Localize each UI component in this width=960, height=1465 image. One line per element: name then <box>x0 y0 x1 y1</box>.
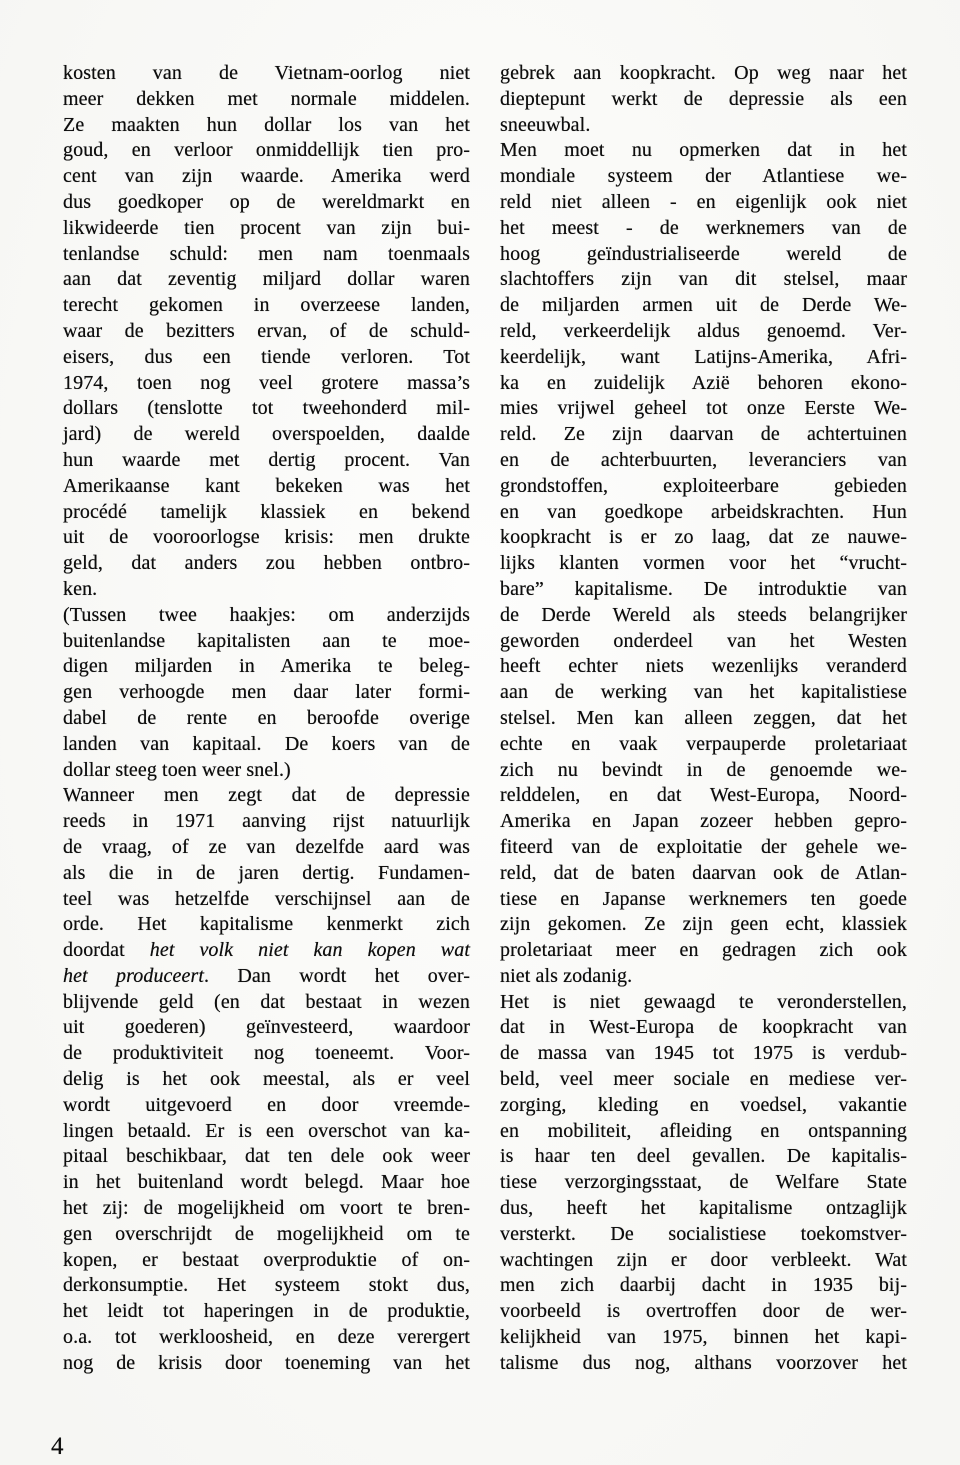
text-segment: likwideerde tien procent van zijn bui- <box>63 217 470 239</box>
text-segment: geworden onderdeel van het Westen <box>500 630 907 652</box>
text-line: dieptepunt werkt de depressie als een <box>500 87 907 113</box>
text-segment: de vraag, of ze van dezelfde aard was <box>63 836 470 858</box>
text-line: o.a. tot werkloosheid, en deze verergert <box>63 1325 470 1351</box>
text-segment: wachtingen zijn er door verbleekt. Wat <box>500 1249 907 1271</box>
text-segment: uit goederen) geïnvesteerd, waardoor <box>63 1016 470 1038</box>
text-segment: bare” kapitalisme. De introduktie van <box>500 578 907 600</box>
text-line: ken. <box>63 577 470 603</box>
text-line: (Tussen twee haakjes: om anderzijds <box>63 603 470 629</box>
italic-text-segment: het volk niet kan kopen wat <box>150 939 470 961</box>
text-line: mies vrijwel geheel tot onze Eerste We- <box>500 396 907 422</box>
text-line: men zich daarbij dacht in 1935 bij- <box>500 1273 907 1299</box>
text-segment: gen overschrijdt de mogelijkheid om te <box>63 1223 470 1245</box>
text-segment: in het buitenland wordt belegd. Maar hoe <box>63 1171 470 1193</box>
column-left: kosten van de Vietnam-oorlog nietmeer de… <box>63 61 470 1377</box>
text-segment: Ze maakten hun dollar los van het <box>63 114 470 136</box>
text-line: bare” kapitalisme. De introduktie van <box>500 577 907 603</box>
text-segment: dus, heeft het kapitalisme ontzaglijk <box>500 1197 907 1219</box>
text-segment: reld. Ze zijn daarvan de achtertuinen <box>500 423 907 445</box>
text-line: zijn gekomen. Ze zijn geen echt, klassie… <box>500 912 907 938</box>
text-segment: koopkracht is er zo laag, dat ze nauwe- <box>500 526 907 548</box>
text-segment: men zich daarbij dacht in 1935 bij- <box>500 1274 907 1296</box>
text-segment: aan de werking van het kapitalistiese <box>500 681 907 703</box>
text-segment: gebrek aan koopkracht. Op weg naar het <box>500 62 907 84</box>
text-segment: teel was hetzelfde verschijnsel aan de <box>63 888 470 910</box>
text-segment: reld niet alleen - en eigenlijk ook niet <box>500 191 907 213</box>
text-segment: (Tussen twee haakjes: om anderzijds <box>63 604 470 626</box>
text-segment: zorging, kleding en voedsel, vakantie <box>500 1094 907 1116</box>
text-segment: kelijkheid van 1975, binnen het kapi- <box>500 1326 907 1348</box>
text-segment: Amerika en Japan zozeer hebben gepro- <box>500 810 907 832</box>
text-line: procédé tamelijk klassiek en bekend <box>63 500 470 526</box>
text-line: goud, en verloor onmiddellijk tien pro- <box>63 138 470 164</box>
text-segment: sneeuwbal. <box>500 114 590 136</box>
text-line: ka en zuidelijk Azië behoren ekono- <box>500 371 907 397</box>
text-segment: relddelen, en dat West-Europa, Noord- <box>500 784 907 806</box>
text-segment: heeft echter niets wezenlijks veranderd <box>500 655 907 677</box>
text-line: het zij: de mogelijkheid om voort te bre… <box>63 1196 470 1222</box>
text-segment: jard) de wereld overspoelden, daalde <box>63 423 470 445</box>
text-line: en mobiliteit, afleiding en ontspanning <box>500 1119 907 1145</box>
text-line: is haar ten deel gevallen. De kapitalis- <box>500 1144 907 1170</box>
text-line: stelsel. Men kan alleen zeggen, dat het <box>500 706 907 732</box>
text-line: dat in West-Europa de koopkracht van <box>500 1015 907 1041</box>
italic-text-segment: het produceert <box>63 965 204 987</box>
text-segment: en van goedkope arbeidskrachten. Hun <box>500 501 907 523</box>
text-segment: procédé tamelijk klassiek en bekend <box>63 501 470 523</box>
text-line: reeds in 1971 aanving rijst natuurlijk <box>63 809 470 835</box>
text-segment: mies vrijwel geheel tot onze Eerste We- <box>500 397 907 419</box>
text-segment: eisers, dus een tiende verloren. Tot <box>63 346 470 368</box>
text-line: geld, dat anders zou hebben ontbro- <box>63 551 470 577</box>
text-line: de massa van 1945 tot 1975 is verdub- <box>500 1041 907 1067</box>
text-segment: is haar ten deel gevallen. De kapitalis- <box>500 1145 907 1167</box>
text-line: het leidt tot haperingen in de produktie… <box>63 1299 470 1325</box>
text-segment: cent van zijn waarde. Amerika werd <box>63 165 470 187</box>
text-line: cent van zijn waarde. Amerika werd <box>63 164 470 190</box>
text-line: grondstoffen, exploiteerbare gebieden <box>500 474 907 500</box>
text-segment: ken. <box>63 578 97 600</box>
text-segment: waar de bezitters ervan, of de schuld- <box>63 320 470 342</box>
text-line: derkonsumptie. Het systeem stokt dus, <box>63 1273 470 1299</box>
text-line: de vraag, of ze van dezelfde aard was <box>63 835 470 861</box>
text-line: relddelen, en dat West-Europa, Noord- <box>500 783 907 809</box>
text-segment: tiese verzorgingsstaat, de Welfare State <box>500 1171 907 1193</box>
text-segment: kosten van de Vietnam-oorlog niet <box>63 62 470 84</box>
text-line: talisme dus nog, althans voorzover het <box>500 1351 907 1377</box>
text-line: beld, veel meer sociale en mediese ver- <box>500 1067 907 1093</box>
text-line: tenlandse schuld: men nam toenmaals <box>63 242 470 268</box>
column-right: gebrek aan koopkracht. Op weg naar hetdi… <box>500 61 907 1377</box>
text-line: gen overschrijdt de mogelijkheid om te <box>63 1222 470 1248</box>
text-segment: fiteerd van de exploitatie der gehele we… <box>500 836 907 858</box>
text-segment: talisme dus nog, althans voorzover het <box>500 1352 907 1374</box>
text-line: eisers, dus een tiende verloren. Tot <box>63 345 470 371</box>
text-line: likwideerde tien procent van zijn bui- <box>63 216 470 242</box>
text-segment: digen miljarden in Amerika te beleg- <box>63 655 470 677</box>
text-segment: mondiale systeem der Atlantiese we- <box>500 165 907 187</box>
text-segment: beld, veel meer sociale en mediese ver- <box>500 1068 907 1090</box>
text-segment: grondstoffen, exploiteerbare gebieden <box>500 475 907 497</box>
text-line: versterkt. De socialistiese toekomstver- <box>500 1222 907 1248</box>
text-line: gebrek aan koopkracht. Op weg naar het <box>500 61 907 87</box>
text-line: Men moet nu opmerken dat in het <box>500 138 907 164</box>
text-segment: pitaal beschikbaar, dat ten dele ook wee… <box>63 1145 470 1167</box>
text-line: Amerika en Japan zozeer hebben gepro- <box>500 809 907 835</box>
text-line: het produceert. Dan wordt het over- <box>63 964 470 990</box>
text-line: hoog geïndustrialiseerde wereld de <box>500 242 907 268</box>
text-segment: en de achterbuurten, leveranciers van <box>500 449 907 471</box>
text-line: kelijkheid van 1975, binnen het kapi- <box>500 1325 907 1351</box>
text-line: pitaal beschikbaar, dat ten dele ook wee… <box>63 1144 470 1170</box>
text-line: delig is het ook meestal, als er veel <box>63 1067 470 1093</box>
text-line: uit de vooroorlogse krisis: men drukte <box>63 525 470 551</box>
text-line: fiteerd van de exploitatie der gehele we… <box>500 835 907 861</box>
text-segment: echte en vaak verpauperde proletariaat <box>500 733 907 755</box>
text-segment: tenlandse schuld: men nam toenmaals <box>63 243 470 265</box>
text-line: kosten van de Vietnam-oorlog niet <box>63 61 470 87</box>
text-segment: Het is niet gewaagd te veronderstellen, <box>500 991 907 1013</box>
text-line: heeft echter niets wezenlijks veranderd <box>500 654 907 680</box>
text-segment: de miljarden armen uit de Derde We- <box>500 294 907 316</box>
text-line: 1974, toen nog veel grotere massa’s <box>63 371 470 397</box>
text-segment: uit de vooroorlogse krisis: men drukte <box>63 526 470 548</box>
text-segment: voorbeeld is overtroffen door de wer- <box>500 1300 907 1322</box>
text-line: dus, heeft het kapitalisme ontzaglijk <box>500 1196 907 1222</box>
text-line: aan dat zeventig miljard dollar waren <box>63 267 470 293</box>
text-segment: meer dekken met normale middelen. <box>63 88 470 110</box>
text-segment: terecht gekomen in overzeese landen, <box>63 294 470 316</box>
text-line: digen miljarden in Amerika te beleg- <box>63 654 470 680</box>
text-line: lingen betaald. Er is een overschot van … <box>63 1119 470 1145</box>
text-line: nog de krisis door toeneming van het <box>63 1351 470 1377</box>
text-segment: als die in de jaren dertig. Fundamen- <box>63 862 470 884</box>
text-line: zorging, kleding en voedsel, vakantie <box>500 1093 907 1119</box>
text-segment: versterkt. De socialistiese toekomstver- <box>500 1223 907 1245</box>
text-segment: dus goedkoper op de wereldmarkt en <box>63 191 470 213</box>
text-segment: stelsel. Men kan alleen zeggen, dat het <box>500 707 907 729</box>
text-line: wordt uitgevoerd en door vreemde- <box>63 1093 470 1119</box>
text-segment: blijvende geld (en dat bestaat in wezen <box>63 991 470 1013</box>
text-line: als die in de jaren dertig. Fundamen- <box>63 861 470 887</box>
text-line: hun waarde met dertig procent. Van <box>63 448 470 474</box>
text-segment: wordt uitgevoerd en door vreemde- <box>63 1094 470 1116</box>
text-line: keerdelijk, want Latijns-Amerika, Afri- <box>500 345 907 371</box>
text-segment: delig is het ook meestal, als er veel <box>63 1068 470 1090</box>
text-segment: Wanneer men zegt dat de depressie <box>63 784 470 806</box>
text-line: Amerikaanse kant bekeken was het <box>63 474 470 500</box>
text-segment: kopen, er bestaat overproduktie of on- <box>63 1249 470 1271</box>
text-segment: Amerikaanse kant bekeken was het <box>63 475 470 497</box>
text-segment: 1974, toen nog veel grotere massa’s <box>63 372 470 394</box>
text-line: Het is niet gewaagd te veronderstellen, <box>500 990 907 1016</box>
text-segment: geld, dat anders zou hebben ontbro- <box>63 552 470 574</box>
text-line: niet als zodanig. <box>500 964 907 990</box>
text-line: reld, verkeerdelijk aldus genoemd. Ver- <box>500 319 907 345</box>
text-line: geworden onderdeel van het Westen <box>500 629 907 655</box>
text-segment: ka en zuidelijk Azië behoren ekono- <box>500 372 907 394</box>
text-segment: reld, dat de baten daarvan ook de Atlan- <box>500 862 907 884</box>
text-segment: keerdelijk, want Latijns-Amerika, Afri- <box>500 346 907 368</box>
text-line: reld, dat de baten daarvan ook de Atlan- <box>500 861 907 887</box>
text-line: de miljarden armen uit de Derde We- <box>500 293 907 319</box>
text-segment: het leidt tot haperingen in de produktie… <box>63 1300 470 1322</box>
text-line: waar de bezitters ervan, of de schuld- <box>63 319 470 345</box>
text-segment: zijn gekomen. Ze zijn geen echt, klassie… <box>500 913 907 935</box>
text-segment: dieptepunt werkt de depressie als een <box>500 88 907 110</box>
text-line: dollar steeg toen weer snel.) <box>63 758 470 784</box>
text-line: terecht gekomen in overzeese landen, <box>63 293 470 319</box>
page-number: 4 <box>51 1434 64 1459</box>
text-line: koopkracht is er zo laag, dat ze nauwe- <box>500 525 907 551</box>
text-line: blijvende geld (en dat bestaat in wezen <box>63 990 470 1016</box>
text-line: de Derde Wereld als steeds belangrijker <box>500 603 907 629</box>
text-line: kopen, er bestaat overproduktie of on- <box>63 1248 470 1274</box>
text-line: tiese en Japanse werknemers ten goede <box>500 887 907 913</box>
text-line: uit goederen) geïnvesteerd, waardoor <box>63 1015 470 1041</box>
text-line: en van goedkope arbeidskrachten. Hun <box>500 500 907 526</box>
text-line: meer dekken met normale middelen. <box>63 87 470 113</box>
text-line: dus goedkoper op de wereldmarkt en <box>63 190 470 216</box>
text-segment: gen verhoogde men daar later formi- <box>63 681 470 703</box>
text-segment: de massa van 1945 tot 1975 is verdub- <box>500 1042 907 1064</box>
text-segment: dollar steeg toen weer snel.) <box>63 759 291 781</box>
text-segment: reeds in 1971 aanving rijst natuurlijk <box>63 810 470 832</box>
text-line: tiese verzorgingsstaat, de Welfare State <box>500 1170 907 1196</box>
text-line: landen van kapitaal. De koers van de <box>63 732 470 758</box>
text-line: gen verhoogde men daar later formi- <box>63 680 470 706</box>
text-segment: dabel de rente en beroofde overige <box>63 707 470 729</box>
text-line: en de achterbuurten, leveranciers van <box>500 448 907 474</box>
text-segment: doordat <box>63 939 150 961</box>
text-segment: en mobiliteit, afleiding en ontspanning <box>500 1120 907 1142</box>
text-segment: aan dat zeventig miljard dollar waren <box>63 268 470 290</box>
text-line: buitenlandse kapitalisten aan te moe- <box>63 629 470 655</box>
text-line: doordat het volk niet kan kopen wat <box>63 938 470 964</box>
text-segment: lijks klanten vormen voor het “vrucht- <box>500 552 907 574</box>
text-line: de produktiviteit nog toeneemt. Voor- <box>63 1041 470 1067</box>
text-line: jard) de wereld overspoelden, daalde <box>63 422 470 448</box>
text-segment: tiese en Japanse werknemers ten goede <box>500 888 907 910</box>
text-line: mondiale systeem der Atlantiese we- <box>500 164 907 190</box>
text-segment: orde. Het kapitalisme kenmerkt zich <box>63 913 470 935</box>
book-page-scan: kosten van de Vietnam-oorlog nietmeer de… <box>0 0 960 1465</box>
text-line: Wanneer men zegt dat de depressie <box>63 783 470 809</box>
text-line: lijks klanten vormen voor het “vrucht- <box>500 551 907 577</box>
text-line: reld niet alleen - en eigenlijk ook niet <box>500 190 907 216</box>
text-line: dollars (tenslotte tot tweehonderd mil- <box>63 396 470 422</box>
text-segment: goud, en verloor onmiddellijk tien pro- <box>63 139 470 161</box>
text-segment: derkonsumptie. Het systeem stokt dus, <box>63 1274 470 1296</box>
text-segment: buitenlandse kapitalisten aan te moe- <box>63 630 470 652</box>
text-segment: . Dan wordt het over- <box>204 965 470 987</box>
text-line: zich nu bevindt in de genoemde we- <box>500 758 907 784</box>
text-segment: de Derde Wereld als steeds belangrijker <box>500 604 907 626</box>
text-line: Ze maakten hun dollar los van het <box>63 113 470 139</box>
text-line: echte en vaak verpauperde proletariaat <box>500 732 907 758</box>
text-line: het meest - de werknemers van de <box>500 216 907 242</box>
text-line: aan de werking van het kapitalistiese <box>500 680 907 706</box>
text-line: proletariaat meer en gedragen zich ook <box>500 938 907 964</box>
text-segment: hoog geïndustrialiseerde wereld de <box>500 243 907 265</box>
text-segment: de produktiviteit nog toeneemt. Voor- <box>63 1042 470 1064</box>
text-line: wachtingen zijn er door verbleekt. Wat <box>500 1248 907 1274</box>
text-line: orde. Het kapitalisme kenmerkt zich <box>63 912 470 938</box>
text-line: dabel de rente en beroofde overige <box>63 706 470 732</box>
text-segment: het meest - de werknemers van de <box>500 217 907 239</box>
text-line: reld. Ze zijn daarvan de achtertuinen <box>500 422 907 448</box>
text-segment: slachtoffers zijn van dit stelsel, maar <box>500 268 907 290</box>
text-segment: zich nu bevindt in de genoemde we- <box>500 759 907 781</box>
text-segment: het zij: de mogelijkheid om voort te bre… <box>63 1197 470 1219</box>
text-line: teel was hetzelfde verschijnsel aan de <box>63 887 470 913</box>
text-segment: dat in West-Europa de koopkracht van <box>500 1016 907 1038</box>
text-segment: Men moet nu opmerken dat in het <box>500 139 907 161</box>
text-segment: proletariaat meer en gedragen zich ook <box>500 939 907 961</box>
text-segment: nog de krisis door toeneming van het <box>63 1352 470 1374</box>
text-line: in het buitenland wordt belegd. Maar hoe <box>63 1170 470 1196</box>
text-segment: dollars (tenslotte tot tweehonderd mil- <box>63 397 470 419</box>
text-segment: hun waarde met dertig procent. Van <box>63 449 470 471</box>
text-segment: reld, verkeerdelijk aldus genoemd. Ver- <box>500 320 907 342</box>
text-segment: lingen betaald. Er is een overschot van … <box>63 1120 470 1142</box>
text-segment: niet als zodanig. <box>500 965 632 987</box>
text-line: sneeuwbal. <box>500 113 907 139</box>
text-segment: o.a. tot werkloosheid, en deze verergert <box>63 1326 470 1348</box>
text-segment: landen van kapitaal. De koers van de <box>63 733 470 755</box>
text-line: voorbeeld is overtroffen door de wer- <box>500 1299 907 1325</box>
text-line: slachtoffers zijn van dit stelsel, maar <box>500 267 907 293</box>
